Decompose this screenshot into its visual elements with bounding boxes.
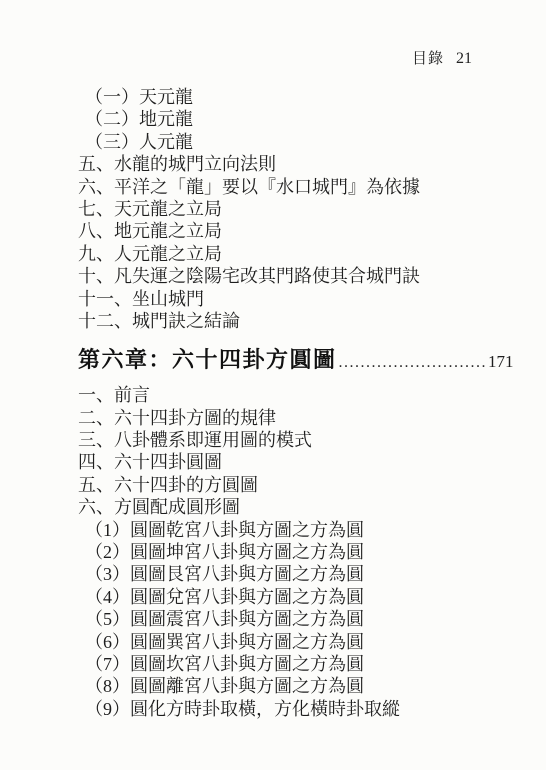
toc-item: 四、六十四卦圓圖	[78, 451, 528, 473]
toc-item: （1）圓圖乾宮八卦與方圖之方為圓	[78, 519, 528, 541]
toc-item: （6）圓圖巽宮八卦與方圖之方為圓	[78, 631, 528, 653]
toc-item: （5）圓圖震宮八卦與方圖之方為圓	[78, 608, 528, 630]
toc-item: 十一、坐山城門	[78, 288, 528, 310]
toc-item: （2）圓圖坤宮八卦與方圖之方為圓	[78, 541, 528, 563]
running-header-label: 目錄	[412, 51, 444, 67]
chapter-heading: 第六章：六十四卦方圓圖 ........................... …	[78, 345, 528, 377]
toc-item: （7）圓圖坎宮八卦與方圖之方為圓	[78, 653, 528, 675]
toc-item: 七、天元龍之立局	[78, 198, 528, 220]
page-number: 21	[456, 50, 472, 67]
running-header: 目錄21	[0, 47, 472, 68]
toc-item: 十、凡失運之陰陽宅改其門路使其合城門訣	[78, 265, 528, 287]
book-page: 目錄21 （一）天元龍 （二）地元龍 （三）人元龍 五、水龍的城門立向法則 六、…	[0, 0, 546, 770]
toc-item: 六、方圓配成圓形圖	[78, 496, 528, 518]
toc-item: 六、平洋之「龍」要以『水口城門』為依據	[78, 176, 528, 198]
toc-item: 二、六十四卦方圖的規律	[78, 407, 528, 429]
toc-item: 三、八卦體系即運用圖的模式	[78, 429, 528, 451]
toc-item: （一）天元龍	[78, 86, 528, 108]
chapter-heading-title: 第六章：六十四卦方圓圖	[78, 345, 337, 374]
toc-item: （二）地元龍	[78, 108, 528, 130]
toc-item: （8）圓圖離宮八卦與方圖之方為圓	[78, 675, 528, 697]
toc-item: 八、地元龍之立局	[78, 220, 528, 242]
toc-item: （4）圓圖兌宮八卦與方圖之方為圓	[78, 586, 528, 608]
toc-item: 五、六十四卦的方圓圖	[78, 474, 528, 496]
toc-item: 十二、城門訣之結論	[78, 310, 528, 332]
toc-item: （9）圓化方時卦取橫，方化橫時卦取縱	[78, 698, 528, 720]
toc-item: 一、前言	[78, 384, 528, 406]
chapter-leader-dots: ...........................	[339, 348, 488, 377]
toc-content: （一）天元龍 （二）地元龍 （三）人元龍 五、水龍的城門立向法則 六、平洋之「龍…	[78, 86, 528, 720]
chapter-page-number: 171	[488, 347, 514, 376]
toc-item: （三）人元龍	[78, 131, 528, 153]
toc-item: 九、人元龍之立局	[78, 243, 528, 265]
toc-item: （3）圓圖艮宮八卦與方圖之方為圓	[78, 563, 528, 585]
toc-item: 五、水龍的城門立向法則	[78, 153, 528, 175]
